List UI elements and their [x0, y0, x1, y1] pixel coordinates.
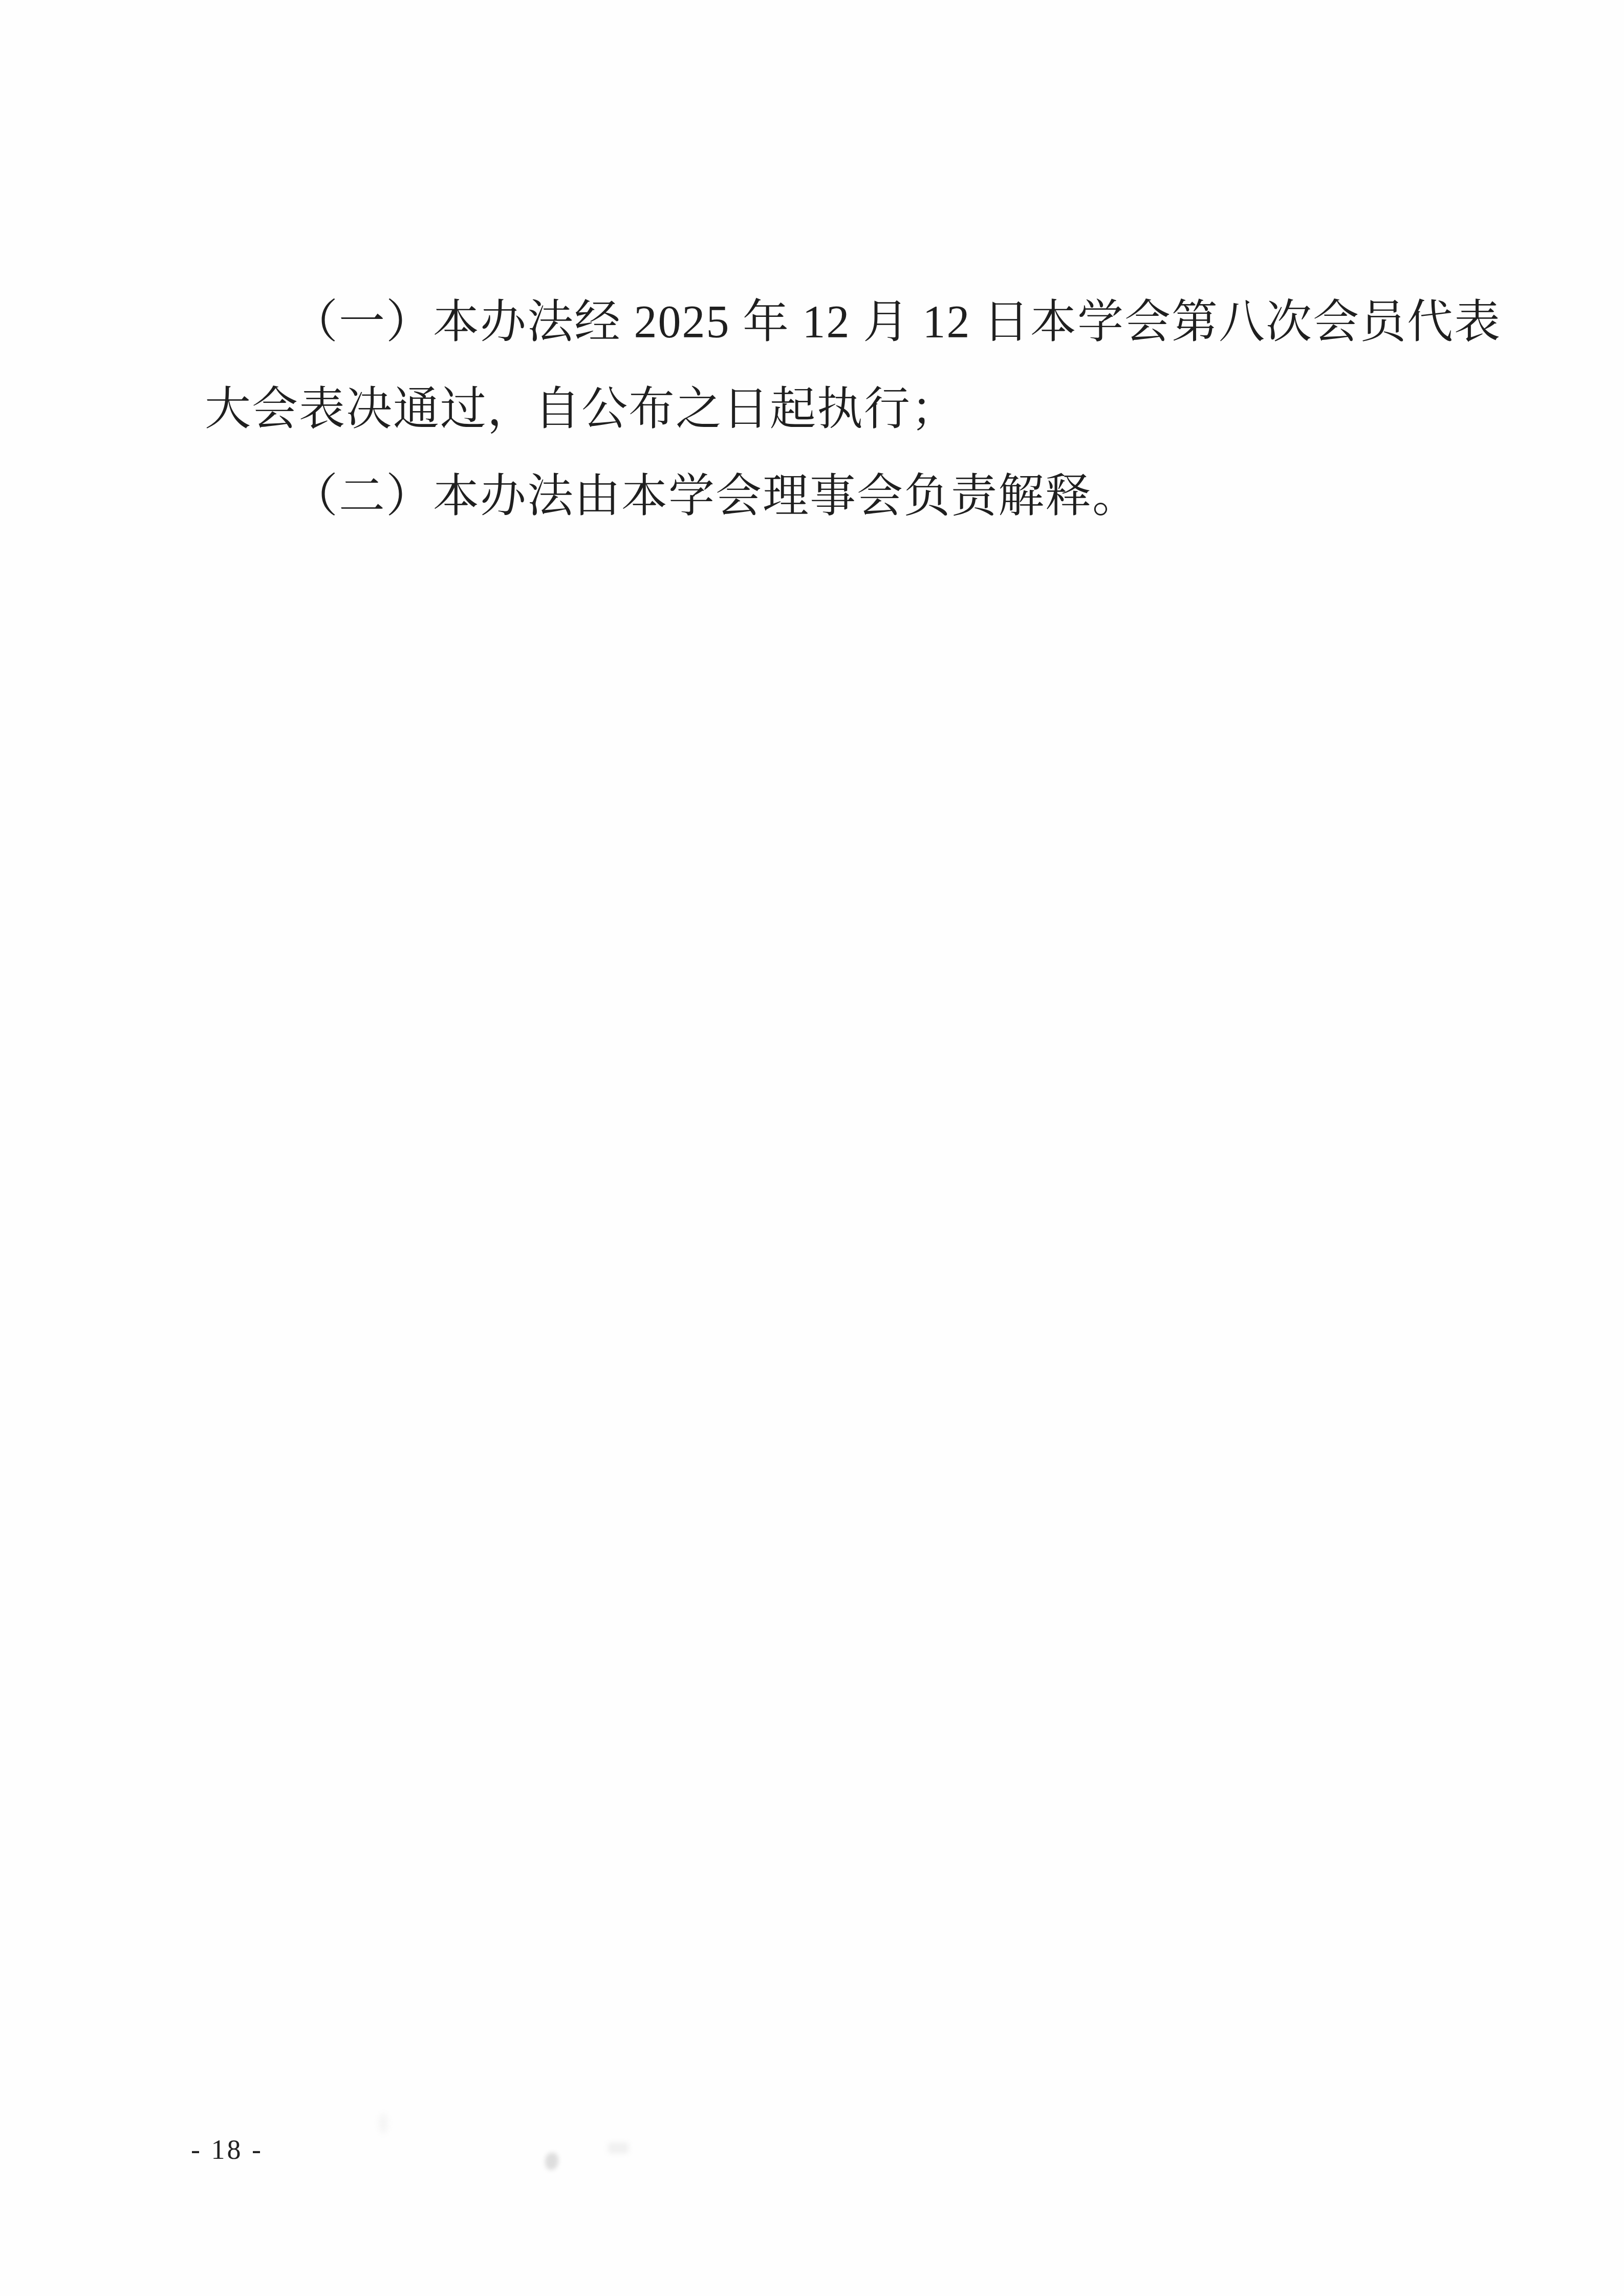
- body-line-1: （一）本办法经 2025 年 12 月 12 日本学会第八次会员代表: [205, 279, 1443, 366]
- scan-smudge: [608, 2142, 629, 2154]
- body-line-2: 大会表决通过，自公布之日起执行；: [205, 366, 1443, 453]
- body-text-block: （一）本办法经 2025 年 12 月 12 日本学会第八次会员代表 大会表决通…: [205, 279, 1443, 540]
- document-page: （一）本办法经 2025 年 12 月 12 日本学会第八次会员代表 大会表决通…: [0, 0, 1624, 2296]
- page-number: - 18 -: [191, 2134, 263, 2165]
- body-line-3: （二）本办法由本学会理事会负责解释。: [205, 453, 1443, 540]
- scan-smudge: [545, 2153, 558, 2170]
- scan-smudge: [379, 2113, 388, 2134]
